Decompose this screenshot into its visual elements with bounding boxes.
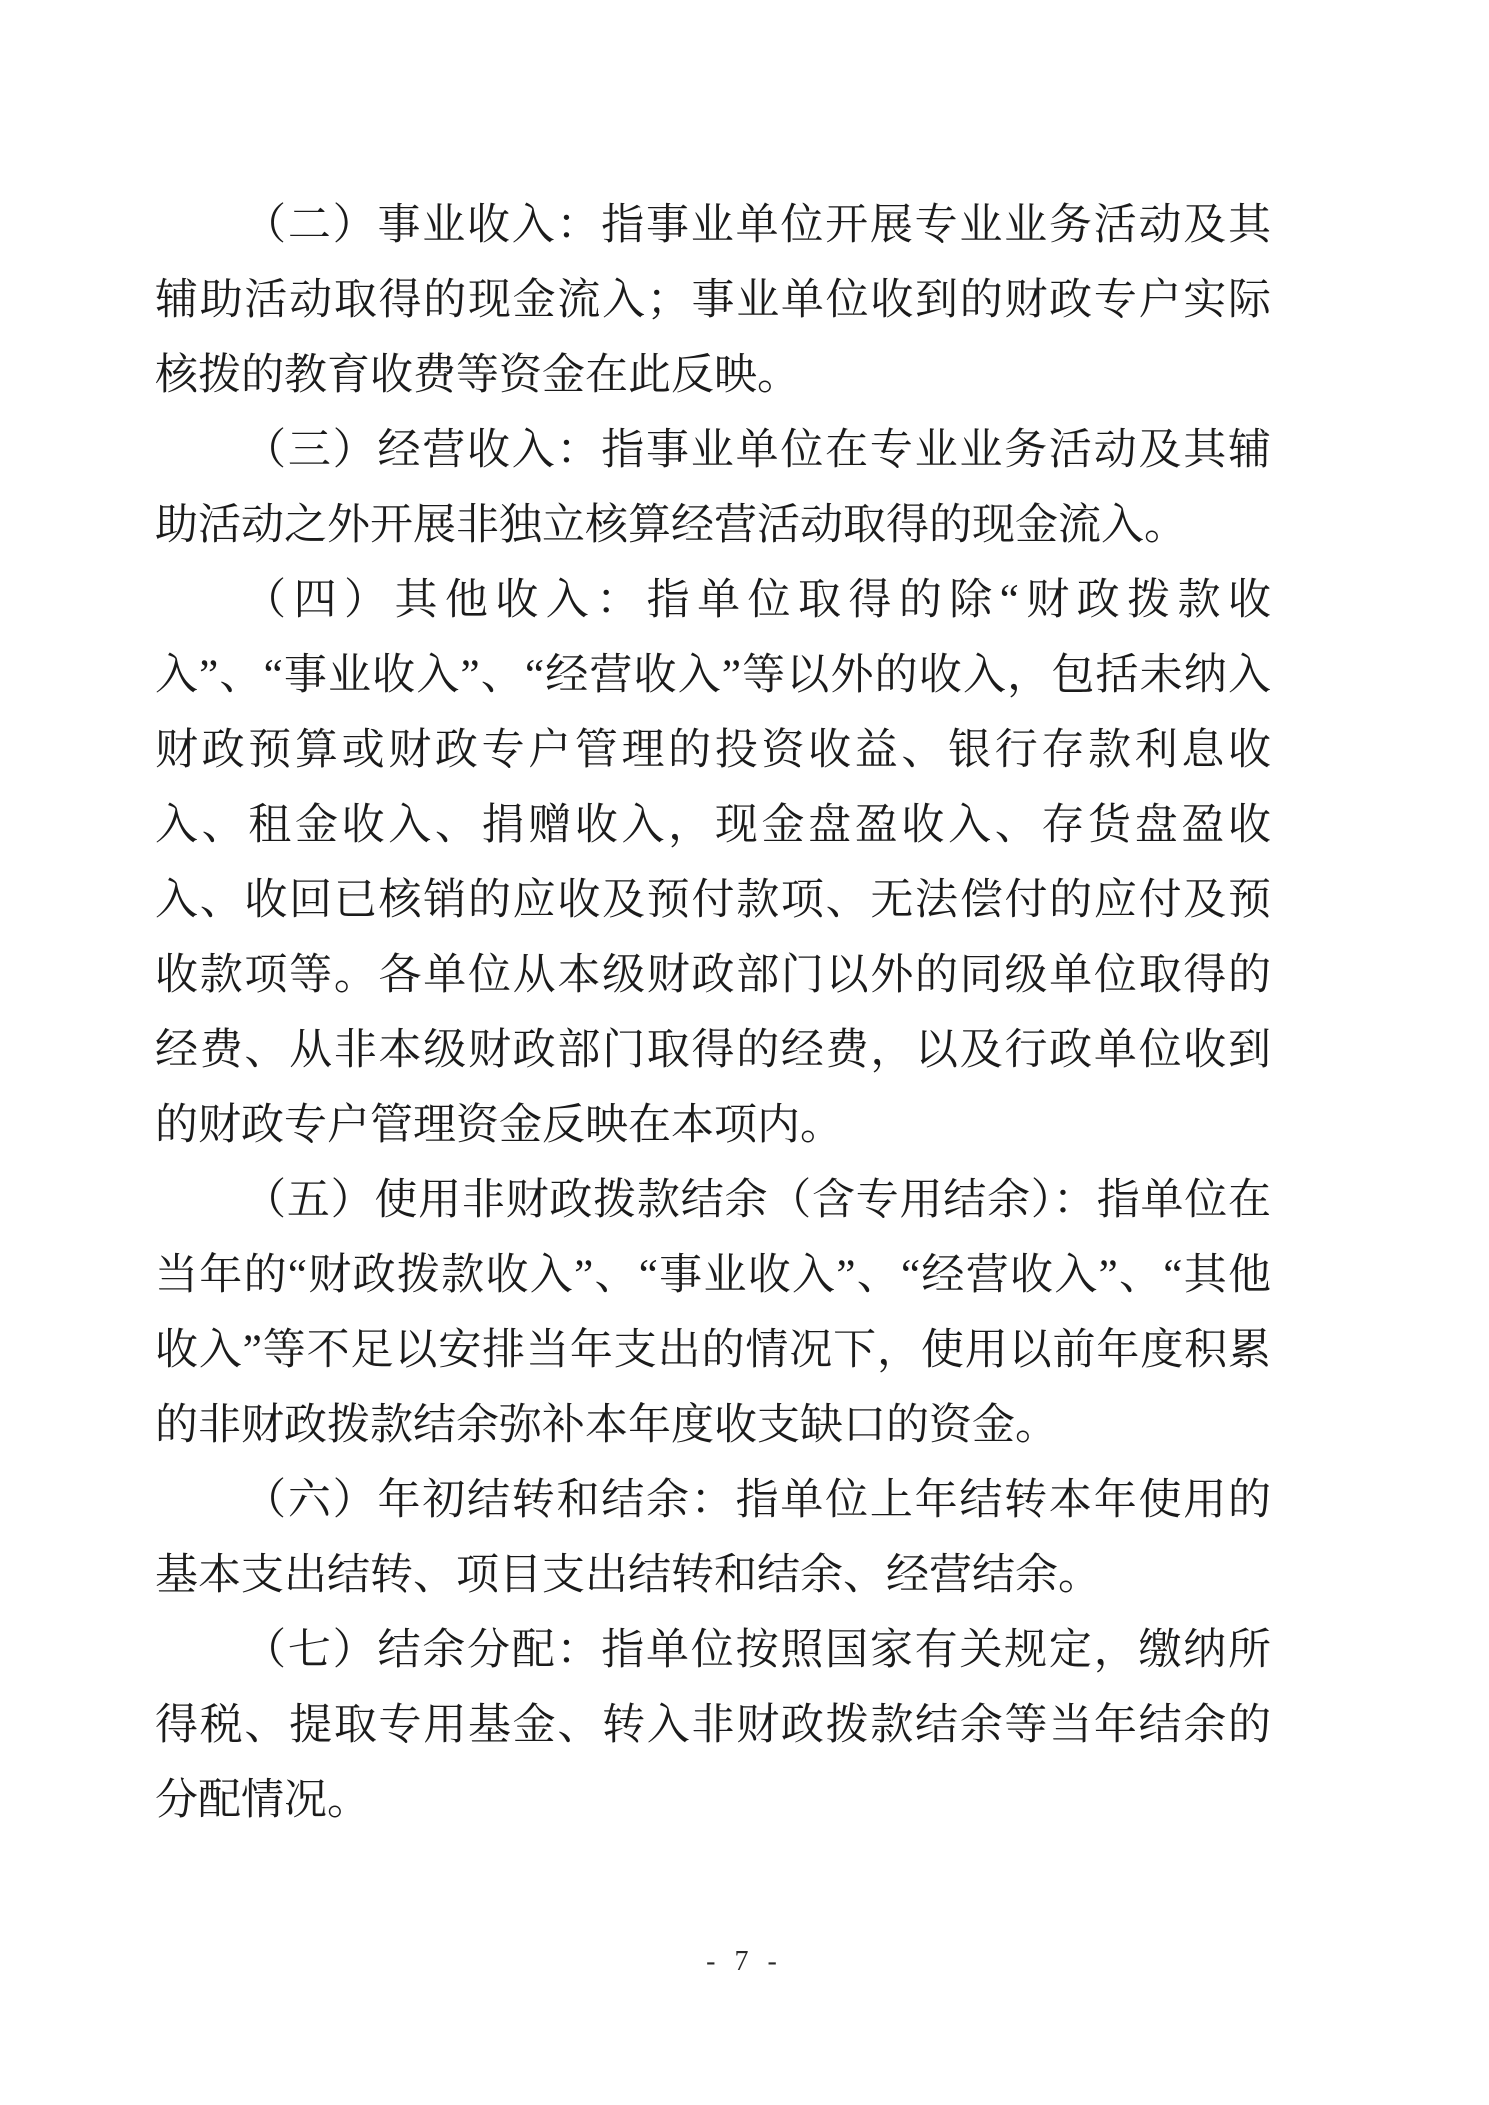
paragraph-item-6: （六）年初结转和结余：指单位上年结转本年使用的基本支出结转、项目支出结转和结余、… <box>155 1463 1271 1613</box>
paragraph-item-3: （三）经营收入：指事业单位在专业业务活动及其辅助活动之外开展非独立核算经营活动取… <box>155 413 1271 563</box>
paragraph-item-7: （七）结余分配：指单位按照国家有关规定，缴纳所得税、提取专用基金、转入非财政拨款… <box>155 1613 1271 1838</box>
paragraph-item-5: （五）使用非财政拨款结余（含专用结余）：指单位在当年的“财政拨款收入”、“事业收… <box>155 1163 1271 1463</box>
paragraph-item-2: （二）事业收入：指事业单位开展专业业务活动及其辅助活动取得的现金流入；事业单位收… <box>155 188 1271 413</box>
page-number: - 7 - <box>706 1946 783 1977</box>
document-body: （二）事业收入：指事业单位开展专业业务活动及其辅助活动取得的现金流入；事业单位收… <box>155 188 1271 1838</box>
page-footer: - 7 - <box>0 1946 1489 1978</box>
paragraph-item-4: （四）其他收入：指单位取得的除“财政拨款收入”、“事业收入”、“经营收入”等以外… <box>155 563 1271 1163</box>
document-page: （二）事业收入：指事业单位开展专业业务活动及其辅助活动取得的现金流入；事业单位收… <box>0 0 1489 2105</box>
